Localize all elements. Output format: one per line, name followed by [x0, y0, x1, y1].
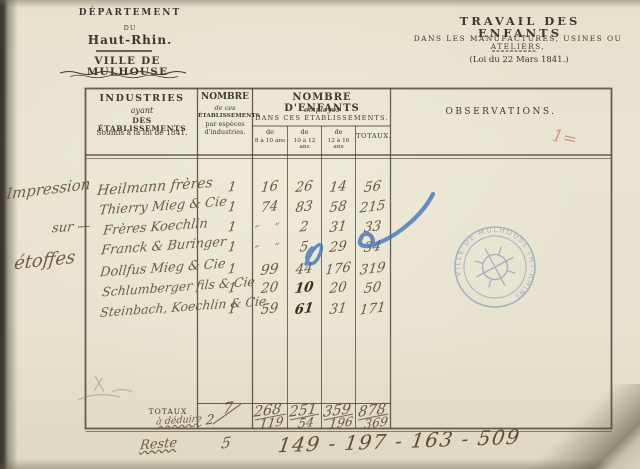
scanned-document: DÉPARTEMENT DU Haut-Rhin. VILLE DE MULHO… [0, 0, 640, 469]
document-subtitle: DANS LES MANUFACTURES, USINES OU ATELIER… [398, 35, 638, 51]
col-age3-range: 12 à 16 ans [322, 138, 355, 150]
law-reference: (Loi du 22 Mars 1841.) [424, 56, 614, 65]
row-count: 1 [221, 302, 242, 318]
col-age2-de: de [288, 129, 321, 136]
row-count: 1 [221, 240, 242, 256]
col-nombre-sub2: ÉTABLISSEMENTS [198, 113, 252, 119]
col-enfants-sub1: employés [254, 106, 390, 114]
reste-label: Reste [139, 437, 177, 453]
col-nombre-sub3: par espèces [198, 121, 252, 128]
totaux-count-bottom: 2 [199, 413, 220, 429]
col-totaux: TOTAUX. [356, 133, 390, 140]
du-label: DU [70, 25, 190, 32]
region-label: Haut-Rhin. [70, 34, 190, 47]
side-label-sur: sur — [51, 220, 91, 236]
col-age2-range: 10 à 12 ans [288, 138, 321, 150]
col-age3-de: de [322, 129, 355, 136]
reste-count: 5 [215, 435, 237, 453]
col-industries-sub1: ayant [87, 107, 197, 115]
departement-label: DÉPARTEMENT [70, 9, 190, 18]
row-count: 1 [221, 180, 242, 196]
col-nombre-sub1: de ces [198, 105, 252, 112]
col-nombre-title: NOMBRE [198, 93, 252, 102]
city-label: VILLE DE MULHOUSE [55, 56, 200, 78]
col-enfants-sub2: DANS CES ÉTABLISSEMENTS. [254, 115, 390, 122]
col-nombre-sub4: d'industries. [198, 129, 252, 136]
col-age1-range: 8 à 10 ans [253, 138, 287, 144]
col-industries-sub3: Soumis à la loi de 1841. [87, 129, 197, 137]
col-industries-title: INDUSTRIES [87, 94, 197, 104]
col-age1-de: de [253, 129, 287, 136]
col-observations-title: OBSERVATIONS. [392, 108, 610, 117]
row-count: 1 [221, 220, 242, 236]
row-count: 1 [221, 200, 242, 216]
